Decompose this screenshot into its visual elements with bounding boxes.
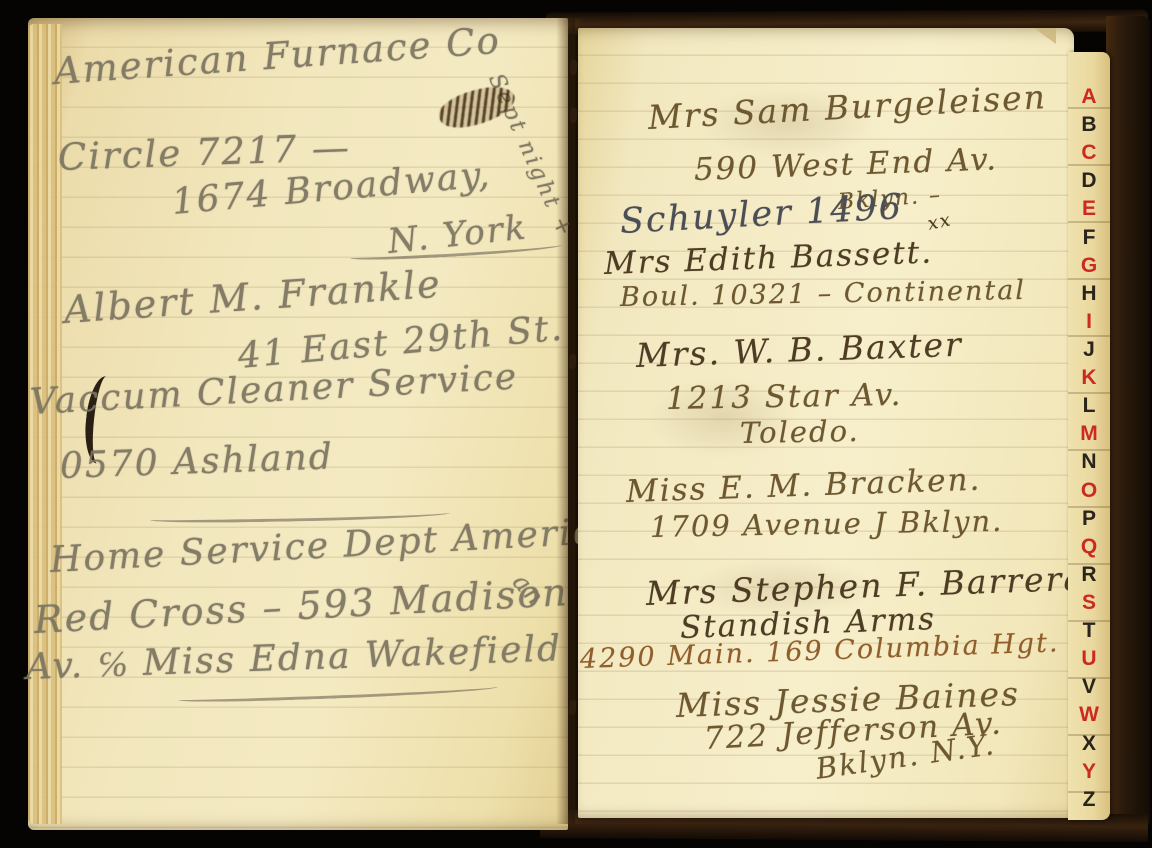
- tab-letter-y: Y: [1082, 761, 1096, 782]
- tab-letter-j: J: [1083, 339, 1095, 360]
- tab-letter-k: K: [1081, 367, 1096, 388]
- tab-letter-c: C: [1081, 142, 1096, 163]
- tab-letter-f: F: [1083, 227, 1096, 248]
- tab-letter-e: E: [1082, 198, 1096, 219]
- tab-letter-column: A B C D E F G H I J K L M N O P Q R S T …: [1068, 86, 1110, 810]
- tab-letter-i: I: [1086, 311, 1092, 332]
- photo-background: American Furnace Co Sept night + Circle …: [0, 0, 1152, 848]
- tab-letter-d: D: [1081, 170, 1096, 191]
- tab-letter-x: X: [1082, 733, 1096, 754]
- tab-letter-u: U: [1081, 648, 1096, 669]
- tab-letter-w: W: [1079, 704, 1099, 725]
- tab-letter-s: S: [1082, 592, 1096, 613]
- tab-letter-q: Q: [1081, 536, 1097, 557]
- tab-letter-v: V: [1082, 676, 1096, 697]
- page-corner-fold: [1034, 28, 1056, 44]
- tab-letter-m: M: [1080, 423, 1098, 444]
- alphabet-tab-index: A B C D E F G H I J K L M N O P Q R S T …: [1068, 52, 1110, 820]
- entry-city-baxter: Toledo.: [740, 414, 860, 450]
- tab-letter-h: H: [1081, 283, 1096, 304]
- tab-letter-r: R: [1081, 564, 1096, 585]
- tab-letter-p: P: [1082, 508, 1096, 529]
- binding-stitch: [569, 60, 577, 75]
- tab-letter-o: O: [1081, 480, 1097, 501]
- tab-letter-t: T: [1083, 620, 1096, 641]
- tab-letter-g: G: [1081, 255, 1097, 276]
- tab-letter-b: B: [1081, 114, 1096, 135]
- tab-letter-l: L: [1083, 395, 1096, 416]
- tab-letter-a: A: [1081, 86, 1096, 107]
- entry-address-bracken: 1709 Avenue J Bklyn.: [650, 504, 1004, 544]
- binding-stitch: [568, 700, 576, 715]
- binding-stitch: [569, 108, 577, 123]
- tab-letter-n: N: [1081, 451, 1096, 472]
- book-cover-right-edge: [1106, 16, 1150, 828]
- tab-letter-z: Z: [1083, 789, 1096, 810]
- binding-stitch: [568, 354, 576, 369]
- entry-address-baxter: 1213 Star Av.: [666, 377, 903, 417]
